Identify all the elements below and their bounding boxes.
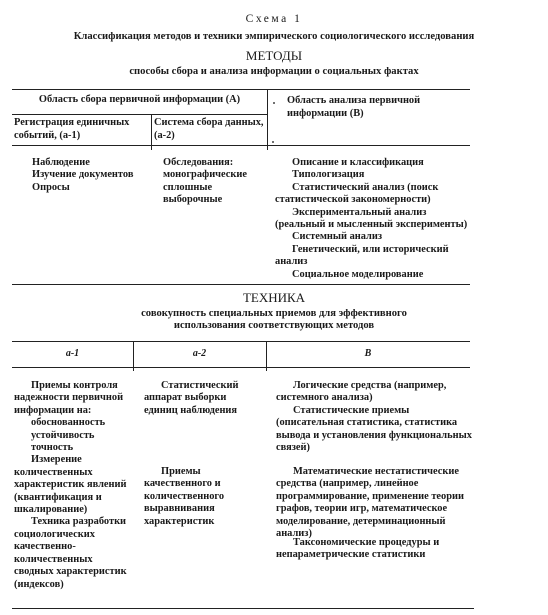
print-speck — [273, 102, 275, 104]
header-a2: Система сбора данных, (a-2) — [154, 117, 266, 142]
list-item: Генетический, или исторический анализ — [275, 244, 475, 269]
technique-b-list: Логические средства (например, системног… — [276, 380, 472, 454]
list-item: сплошные — [163, 182, 273, 194]
scheme-caption: Схема 1 — [0, 13, 548, 25]
scheme-title: Классификация методов и техники эмпириче… — [0, 31, 548, 42]
methods-subheader-rule — [12, 114, 267, 115]
list-item: устойчивость — [14, 430, 132, 442]
methods-a2-list: Обследования: монографические сплошные в… — [163, 157, 273, 207]
technique-b-list-3: Таксономические процедуры и непараметрич… — [276, 537, 472, 562]
header-a1: Регистрация единичных событий, (a-1) — [14, 117, 150, 142]
list-item: Статистический аппарат выборки единиц на… — [144, 380, 262, 417]
list-item: Приемы качественного и количественного в… — [144, 466, 262, 528]
technique-col-a2: a-2 — [133, 348, 266, 359]
methods-col-divider-a1a2 — [151, 114, 152, 150]
list-item: Измерение количественных характеристик я… — [14, 454, 132, 516]
technique-header-rule — [12, 367, 470, 368]
technique-table-top-rule — [12, 341, 470, 342]
print-speck — [272, 141, 274, 143]
list-item: выборочные — [163, 194, 273, 206]
list-item: Приемы контроля надежности первичной инф… — [14, 380, 132, 417]
list-item: Логические средства (например, системног… — [276, 380, 472, 405]
list-item: Математические нестатистические средства… — [276, 466, 472, 540]
technique-subtitle-2: использования соответствующих методов — [0, 320, 548, 331]
technique-top-rule — [12, 284, 470, 285]
header-area-a: Область сбора первичной информации (A) — [12, 94, 267, 107]
technique-a2-list-2: Приемы качественного и количественного в… — [144, 466, 262, 528]
technique-subtitle-1: совокупность специальных приемов для эфф… — [0, 308, 548, 319]
methods-a1-list: Наблюдение Изучение документов Опросы — [32, 157, 142, 194]
methods-b-list: Описание и классификация Типологизация С… — [275, 157, 475, 281]
list-item: Социальное моделирование — [275, 269, 475, 281]
technique-col-b: B — [266, 348, 470, 359]
technique-a1-list: Приемы контроля надежности первичной инф… — [14, 380, 132, 591]
list-item: Описание и классификация — [275, 157, 475, 169]
list-item: Опросы — [32, 182, 142, 194]
list-item: Наблюдение — [32, 157, 142, 169]
methods-table-top-rule — [12, 89, 470, 90]
technique-col-a1: a-1 — [12, 348, 133, 359]
list-item: Обследования: — [163, 157, 273, 169]
technique-b-list-2: Математические нестатистические средства… — [276, 466, 472, 540]
methods-subtitle: способы сбора и анализа информации о соц… — [0, 66, 548, 77]
list-item: Таксономические процедуры и непараметрич… — [276, 537, 472, 562]
list-item: Экспериментальный анализ (реальный и мыс… — [275, 207, 475, 232]
list-item: точность — [14, 442, 132, 454]
technique-table-bottom-rule — [12, 608, 474, 609]
list-item: Системный анализ — [275, 231, 475, 243]
technique-heading: ТЕХНИКА — [0, 290, 548, 306]
list-item: Типологизация — [275, 169, 475, 181]
list-item: Техника разработки социологических качес… — [14, 516, 132, 590]
list-item: Статистический анализ (поиск статистичес… — [275, 182, 475, 207]
list-item: Статистические приемы (описательная стат… — [276, 405, 472, 455]
list-item: обоснованность — [14, 417, 132, 429]
header-area-b: Область анализа первичной информации (B) — [287, 95, 467, 120]
list-item: Изучение документов — [32, 169, 142, 181]
list-item: монографические — [163, 169, 273, 181]
methods-heading: МЕТОДЫ — [0, 48, 548, 64]
technique-a2-list: Статистический аппарат выборки единиц на… — [144, 380, 262, 417]
methods-col-divider-ab — [267, 89, 268, 150]
methods-header-bottom-rule — [12, 145, 470, 146]
